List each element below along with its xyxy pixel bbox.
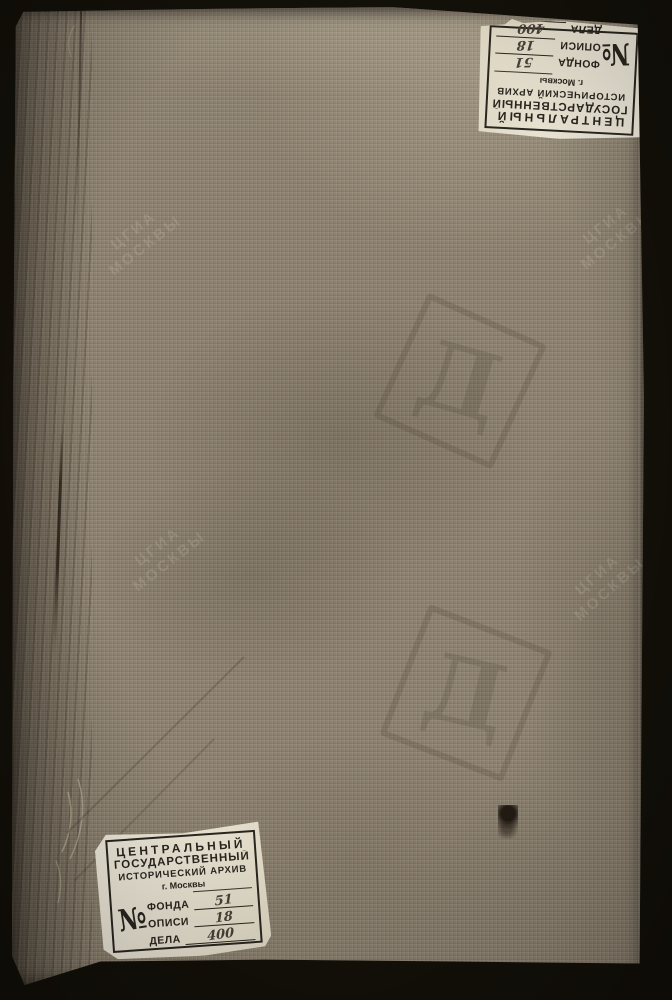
- archive-label-bottom: ЦЕНТРАЛЬНЫЙ ГОСУДАРСТВЕННЫЙ ИСТОРИЧЕСКИЙ…: [94, 821, 273, 963]
- book-cover: Д Д ЦГИА МОСКВЫ ЦГИА МОСКВЫ ЦГИА МОСКВЫ …: [12, 7, 644, 985]
- ink-blot: [498, 805, 518, 839]
- spine-shade: [12, 7, 92, 985]
- embossed-d-stamp-upper: Д: [373, 292, 547, 469]
- chalk-stamp-left-middle: ЦГИА МОСКВЫ: [118, 512, 210, 596]
- handwritten-value: 18: [516, 38, 535, 51]
- fields-block: № ФОНДА 51 ОПИСИ 18 ДЕЛА 400: [116, 889, 255, 949]
- stamp-border-box: ЦЕНТРАЛЬНЫЙ ГОСУДАРСТВЕННЫЙ ИСТОРИЧЕСКИЙ…: [484, 25, 638, 136]
- embossed-d-stamp-lower: Д: [379, 604, 552, 782]
- numero-sign: №: [600, 20, 632, 80]
- field-rows: ФОНДА 51 ОПИСИ 18 ДЕЛА 400: [494, 19, 602, 75]
- field-label: ФОНДА: [557, 56, 600, 70]
- chalk-stamp-right-middle: ЦГИА МОСКВЫ: [558, 539, 649, 625]
- embossed-d-letter: Д: [416, 639, 516, 747]
- handwritten-value: 400: [207, 927, 234, 944]
- handwritten-value: 18: [215, 910, 233, 926]
- cloth-selvage-edge: [638, 27, 640, 966]
- field-rows: ФОНДА 51 ОПИСИ 18 ДЕЛА 400: [146, 889, 255, 947]
- embossed-d-letter: Д: [408, 326, 512, 437]
- handwritten-value: 51: [514, 55, 533, 68]
- archive-label-top: ЦЕНТРАЛЬНЫЙ ГОСУДАРСТВЕННЫЙ ИСТОРИЧЕСКИЙ…: [475, 17, 649, 144]
- field-label: ДЕЛА: [149, 933, 181, 947]
- stamp-border-box: ЦЕНТРАЛЬНЫЙ ГОСУДАРСТВЕННЫЙ ИСТОРИЧЕСКИЙ…: [105, 830, 263, 953]
- chalk-stamp-left-top: ЦГИА МОСКВЫ: [94, 196, 186, 280]
- field-label: ДЕЛА: [570, 22, 602, 36]
- fields-block: № ФОНДА 51 ОПИСИ 18 ДЕЛА 400: [494, 19, 631, 77]
- handwritten-value: 51: [214, 893, 232, 909]
- field-label: ОПИСИ: [560, 39, 601, 53]
